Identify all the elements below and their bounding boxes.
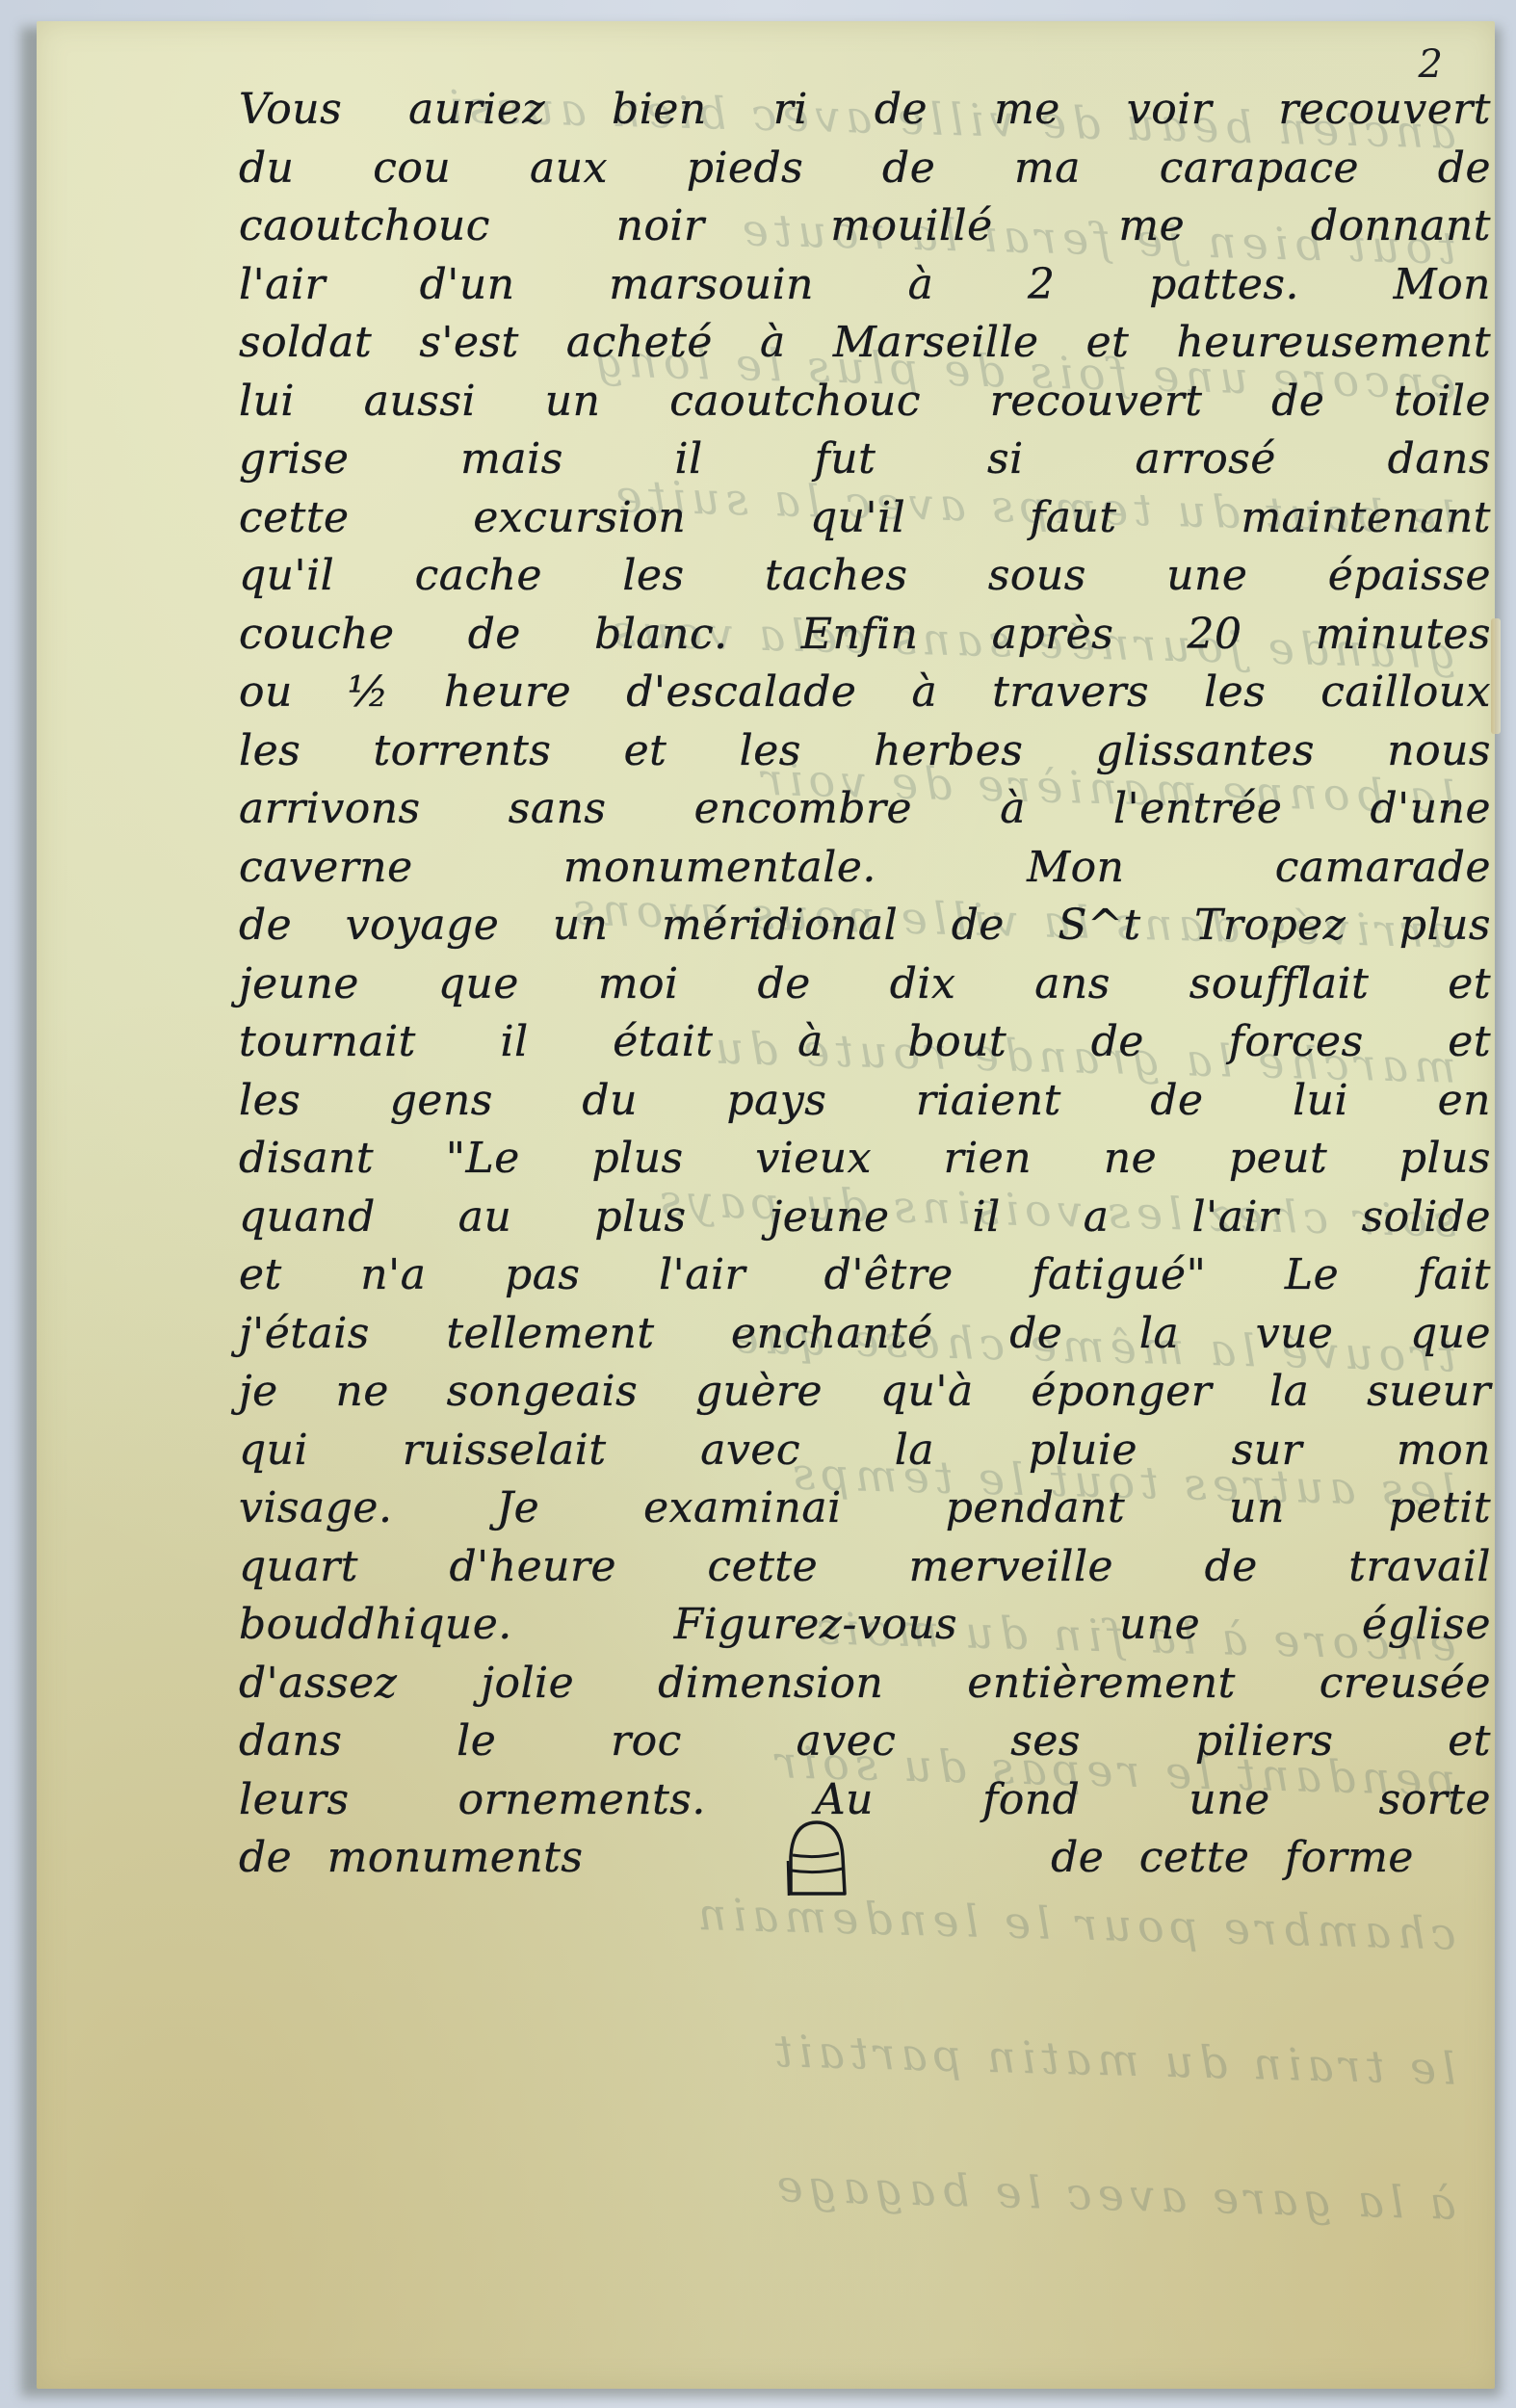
text-line: soldat s'est acheté à Marseille et heure… <box>239 314 1491 373</box>
text-line: quart d'heure cette merveille de travail <box>239 1538 1491 1597</box>
text-line: arrivons sans encombre à l'entrée d'une <box>239 780 1491 839</box>
text-line: les gens du pays riaient de lui en <box>239 1072 1491 1131</box>
text-line: ou ½ heure d'escalade à travers les cail… <box>239 664 1491 722</box>
text-line-with-sketch: de monuments de cette forme <box>239 1829 1414 1888</box>
text-line: disant "Le plus vieux rien ne peut plus <box>239 1130 1491 1189</box>
text-line: qu'il cache les taches sous une épaisse <box>239 547 1491 606</box>
text-line: leurs ornements. Au fond une sorte <box>239 1771 1491 1830</box>
text-line: grise mais il fut si arrosé dans <box>239 431 1491 489</box>
text-line: et n'a pas l'air d'être fatigué" Le fait <box>239 1246 1491 1305</box>
text-line: du cou aux pieds de ma carapace de <box>239 140 1491 198</box>
paper-edge-tear <box>1491 618 1501 734</box>
text-line: caverne monumentale. Mon camarade <box>239 839 1491 898</box>
last-line-text-after: de cette forme <box>1051 1829 1414 1888</box>
text-line: de voyage un méridional de S^t Tropez pl… <box>239 897 1491 955</box>
text-line: dans le roc avec ses piliers et <box>239 1713 1491 1771</box>
stupa-sketch-icon <box>783 1819 850 1898</box>
text-line: lui aussi un caoutchouc recouvert de toi… <box>239 373 1491 432</box>
text-line: les torrents et les herbes glissantes no… <box>239 722 1491 781</box>
text-line: Vous auriez bien ri de me voir recouvert <box>239 81 1491 140</box>
last-line-text-before: de monuments <box>239 1829 583 1888</box>
letter-body: Vous auriez bien ri de me voir recouvert… <box>239 81 1491 1888</box>
text-line: quand au plus jeune il a l'air solide <box>239 1189 1491 1247</box>
text-line: couche de blanc. Enfin après 20 minutes <box>239 606 1491 665</box>
text-line: qui ruisselait avec la pluie sur mon <box>239 1422 1491 1480</box>
text-line: je ne songeais guère qu'à éponger la sue… <box>239 1363 1491 1422</box>
letter-page: ancien beau de ville avec bien aussi tou… <box>37 21 1495 2389</box>
text-line: d'assez jolie dimension entièrement creu… <box>239 1655 1491 1714</box>
text-line: j'étais tellement enchanté de la vue que <box>239 1305 1491 1364</box>
text-line: caoutchouc noir mouillé me donnant <box>239 197 1491 256</box>
text-line: l'air d'un marsouin à 2 pattes. Mon <box>239 256 1491 315</box>
text-line: tournait il était à bout de forces et <box>239 1013 1491 1072</box>
text-line: bouddhique. Figurez-vous une église <box>239 1596 1491 1655</box>
text-line: visage. Je examinai pendant un petit <box>239 1479 1491 1538</box>
text-line: cette excursion qu'il faut maintenant <box>239 489 1491 548</box>
text-line: jeune que moi de dix ans soufflait et <box>239 955 1491 1014</box>
